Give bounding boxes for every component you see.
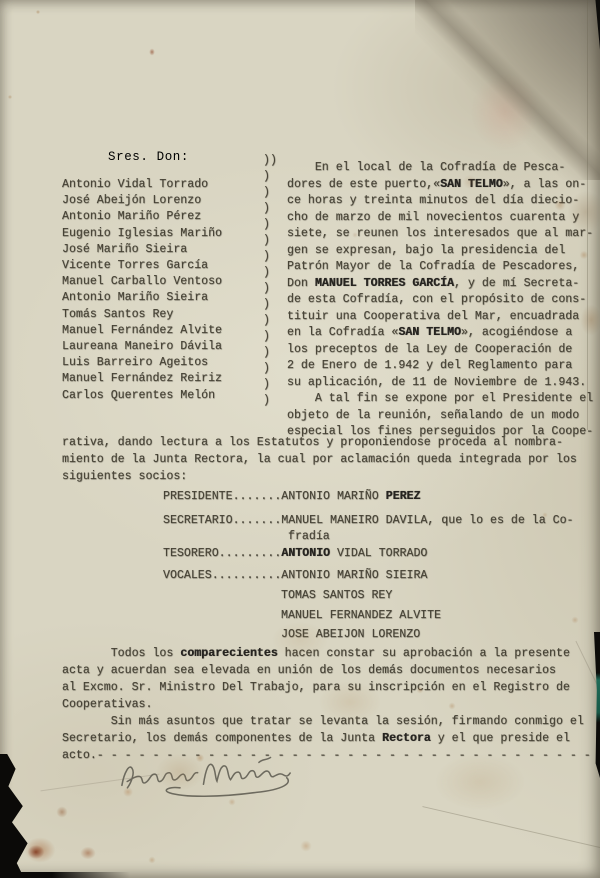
board-label: TESORERO......... [163,547,281,560]
attendee-name: Manuel Carballo Ventoso [62,274,222,290]
attendee-name: José Mariño Sieira [62,242,222,258]
text-line: miento de la Junta Rectora, la cual por … [62,452,577,469]
text-line: siete, se reunen los interesados que al … [287,226,593,243]
text-line: A tal fin se expone por el Presidente el [287,391,593,408]
text-line: de esta Cofradía, con el propósito de co… [287,292,593,309]
closing-paragraphs: Todos los comparecientes hacen constar s… [62,645,591,764]
attendee-name: José Abeijón Lorenzo [62,193,222,209]
attendee-name: Carlos Querentes Melón [62,388,222,404]
signature-stroke [121,762,290,789]
attendee-name-list: Antonio Vidal Torrado José Abeijón Loren… [62,177,222,404]
board-secretary-wrap: fradía [288,530,330,543]
board-vocal-name: MANUEL FERNANDEZ ALVITE [281,609,441,622]
text-line: Secretario, los demás componentes de la … [62,730,591,747]
text-line: en la Cofradía «SAN TELMO», acogiéndose … [287,325,593,342]
signature-flourish-stroke [166,778,289,798]
text-line: al Excmo. Sr. Ministro Del Trabajo, para… [62,679,591,696]
text-line: cho de marzo de mil novecientos cuarenta… [287,210,593,227]
attendee-name: Laureana Maneiro Dávila [62,339,222,355]
typewritten-document: Sres. Don: Antonio Vidal Torrado José Ab… [0,0,600,878]
text-line: ce horas y treinta minutos del día dieci… [287,193,593,210]
text-line: rativa, dando lectura a los Estatutos y … [62,435,577,452]
text-line: siguientes socios: [62,469,577,486]
text-line: En el local de la Cofradía de Pesca- [287,160,593,177]
board-row-vocales: VOCALES..........ANTONIO MARIÑO SIEIRA [163,569,427,582]
top-right-fold-shadow [415,0,600,180]
board-vocal-name: TOMAS SANTOS REY [281,589,392,602]
board-row-tesorero: TESORERO.........ANTONIO VIDAL TORRADO [163,547,427,560]
attendee-name: Manuel Fernández Alvite [62,323,222,339]
text-line: dores de este puerto,«SAN TELMO», a las … [287,177,593,194]
attendee-name: Antonio Vidal Torrado [62,177,222,193]
attendee-name: Eugenio Iglesias Mariño [62,226,222,242]
attendee-name: Luis Barreiro Ageitos [62,355,222,371]
board-row-presidente: PRESIDENTE.......ANTONIO MARIÑO PEREZ [163,490,420,503]
text-line: Don MANUEL TORRES GARCÍA, y de mí Secret… [287,276,593,293]
board-vocal-name: JOSE ABEIJON LORENZO [281,628,420,641]
scanned-page: Sres. Don: Antonio Vidal Torrado José Ab… [0,0,600,878]
attendee-name: Antonio Mariño Pérez [62,209,222,225]
scan-edge-bottom [0,872,130,878]
attendees-heading: Sres. Don: [108,150,189,164]
attendee-name: Antonio Mariño Sieira [62,290,222,306]
handwritten-signature: Antonio Mariño [111,743,308,808]
text-line: Patrón Mayor de la Cofradía de Pescadore… [287,259,593,276]
body-paragraph: rativa, dando lectura a los Estatutos y … [62,435,577,485]
paper-sheet: Sres. Don: Antonio Vidal Torrado José Ab… [0,0,600,878]
text-line: 2 de Enero de 1.942 y del Reglamento par… [287,358,593,375]
board-row-secretario: SECRETARIO.......MANUEL MANEIRO DAVILA, … [163,514,574,527]
attendee-name: Vicente Torres García [62,258,222,274]
text-line: Todos los comparecientes hacen constar s… [62,645,591,662]
text-line: Sin más asuntos que tratar se levanta la… [62,713,591,730]
board-label: VOCALES.......... [163,569,281,582]
board-label: SECRETARIO....... [163,514,281,527]
board-member-name: MANUEL MANEIRO DAVILA, que lo es de la C… [281,514,573,527]
bottom-right-crease [422,806,600,851]
margin-bracket-column: )) ) ) ) ) ) ) ) ) ) ) ) ) ) ) ) [263,153,277,409]
text-line: su aplicación, de 11 de Noviembre de 1.9… [287,375,593,392]
board-member-name: ANTONIO MARIÑO PEREZ [281,490,420,503]
opening-paragraph: En el local de la Cofradía de Pesca- dor… [287,160,593,441]
attendee-name: Tomás Santos Rey [62,307,222,323]
text-line: gen se expresan, bajo la presidencia del [287,243,593,260]
board-label: PRESIDENTE....... [163,490,281,503]
text-line: acta y acuerdan sea elevada en unión de … [62,662,591,679]
text-line: Cooperativas. [62,696,591,713]
text-line: objeto de la reunión, señalando de un mo… [287,408,593,425]
board-member-name: ANTONIO VIDAL TORRADO [281,547,427,560]
attendee-name: Manuel Fernández Reiriz [62,371,222,387]
board-member-name: ANTONIO MARIÑO SIEIRA [281,569,427,582]
signature-tilde-stroke [259,757,271,762]
text-line: los preceptos de la Ley de Cooperación d… [287,342,593,359]
text-line: tituir una Cooperativa del Mar, encuadra… [287,309,593,326]
